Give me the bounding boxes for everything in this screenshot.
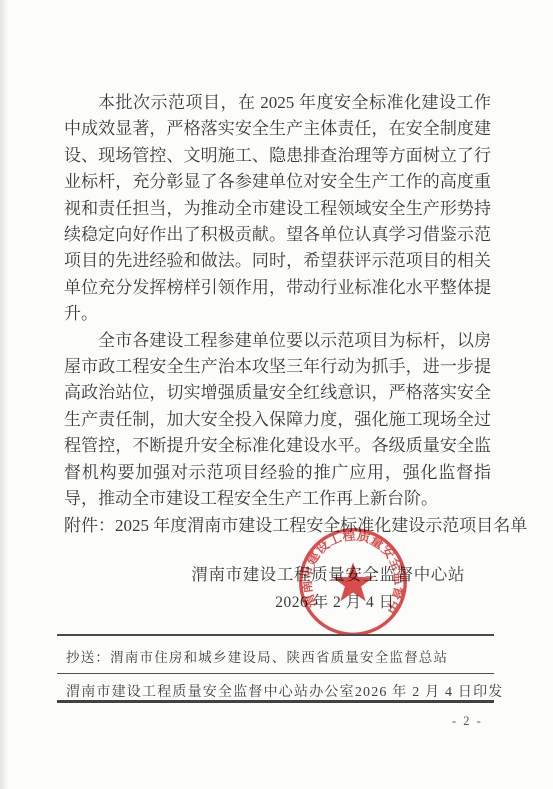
footer-divider-middle (57, 673, 494, 674)
scan-edge-shadow (0, 0, 10, 789)
document-page: 本批次示范项目，在 2025 年度安全标准化建设工作中成效显著，严格落实安全生产… (0, 0, 553, 789)
body-paragraphs: 本批次示范项目，在 2025 年度安全标准化建设工作中成效显著，严格落实安全生产… (64, 90, 491, 513)
page-number: - 2 - (452, 714, 483, 729)
official-seal: 渭南市建设工程质量安全监督中心站 (297, 526, 409, 638)
document-body: 本批次示范项目，在 2025 年度安全标准化建设工作中成效显著，严格落实安全生产… (64, 90, 491, 539)
issuing-office-row: 渭南市建设工程质量安全监督中心站办公室 2026 年 2 月 4 日印发 (66, 681, 488, 701)
body-paragraph: 全市各建设工程参建单位要以示范项目为标杆，以房屋市政工程安全生产治本攻坚三年行动… (64, 328, 491, 513)
issuing-office: 渭南市建设工程质量安全监督中心站办公室 (66, 681, 355, 701)
body-paragraph: 本批次示范项目，在 2025 年度安全标准化建设工作中成效显著，严格落实安全生产… (64, 90, 491, 328)
cc-line: 抄送：渭南市住房和城乡建设局、陕西省质量安全监督总站 (66, 646, 448, 666)
footer-divider-bottom (57, 700, 494, 703)
footer-divider-top (57, 634, 494, 636)
seal-star-icon (333, 562, 374, 601)
print-date: 2026 年 2 月 4 日印发 (355, 681, 504, 701)
attachment-line: 附件：2025 年度渭南市建设工程安全标准化建设示范项目名单 (64, 513, 491, 539)
